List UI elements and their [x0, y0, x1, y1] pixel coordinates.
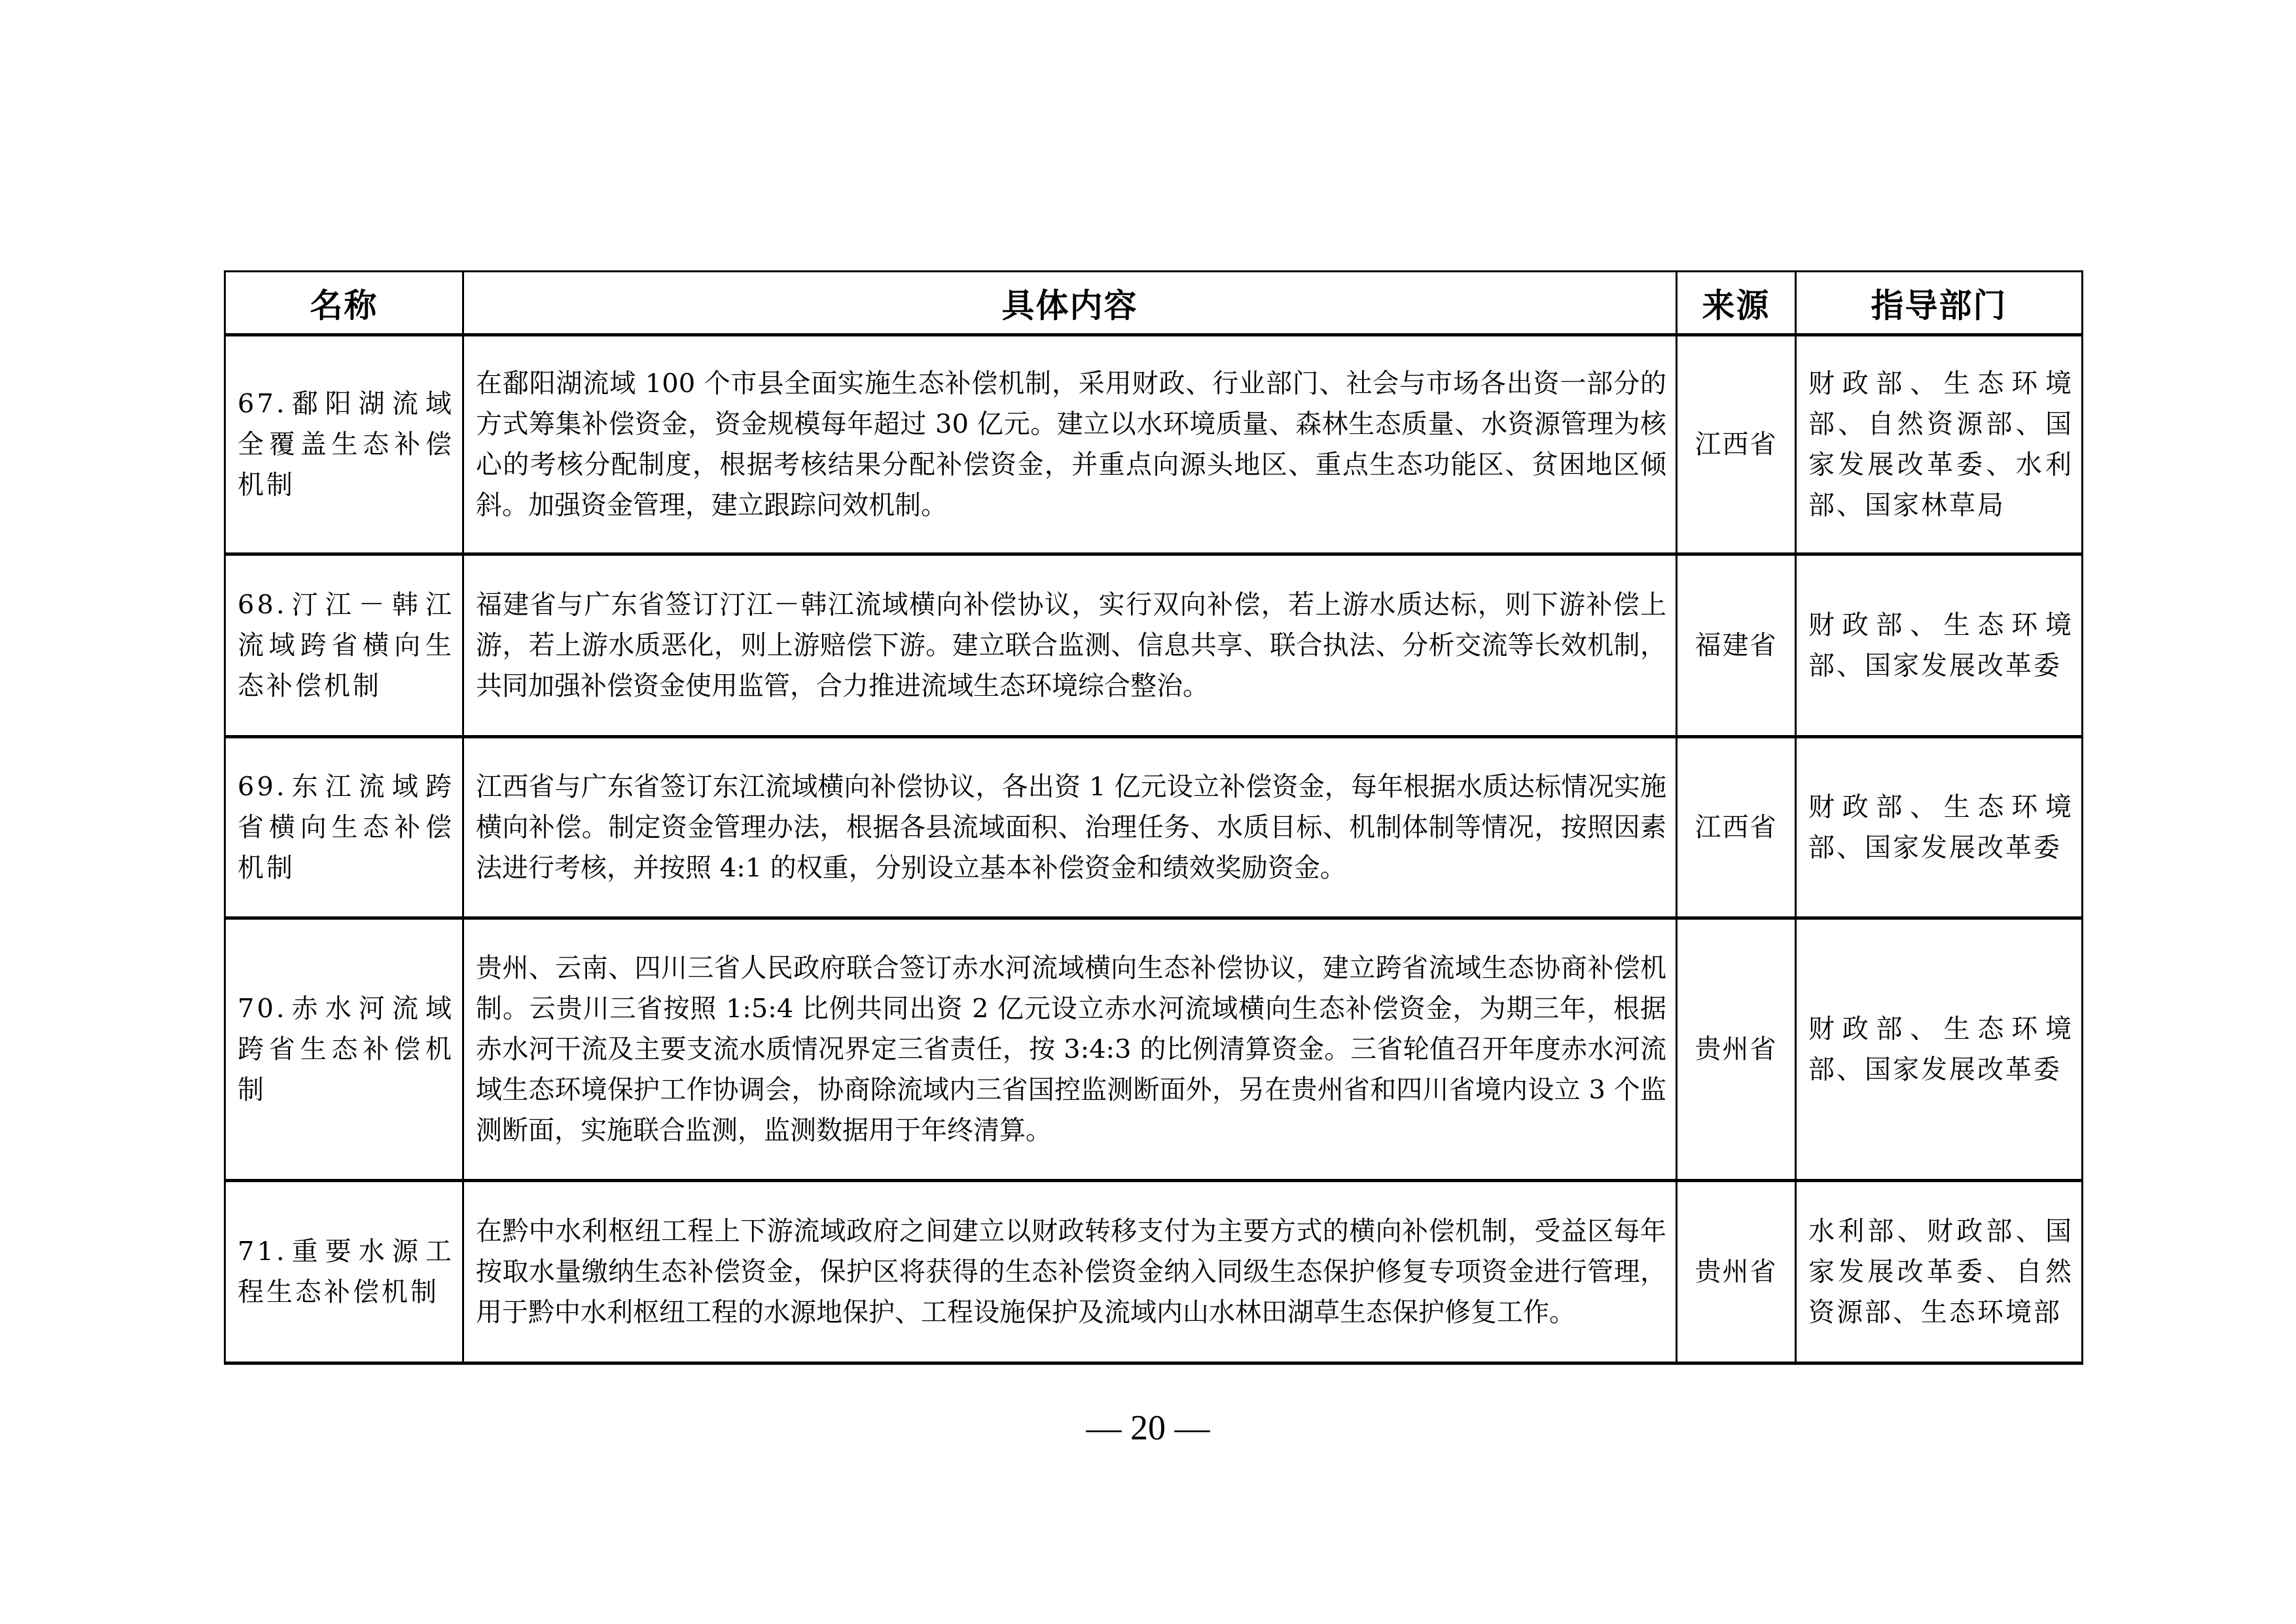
row-name: 69.东江流域跨省横向生态补偿机制	[225, 737, 463, 918]
row-department: 财政部、生态环境部、国家发展改革委	[1796, 737, 2083, 918]
policy-table-container: 名称 具体内容 来源 指导部门 67.鄱阳湖流域全覆盖生态补偿机制 在鄱阳湖流域…	[224, 270, 2081, 1365]
row-source: 江西省	[1677, 737, 1796, 918]
page-number: — 20 —	[0, 1407, 2296, 1448]
policy-table: 名称 具体内容 来源 指导部门 67.鄱阳湖流域全覆盖生态补偿机制 在鄱阳湖流域…	[224, 270, 2083, 1365]
row-content: 江西省与广东省签订东江流域横向补偿协议，各出资 1 亿元设立补偿资金，每年根据水…	[463, 737, 1677, 918]
table-row: 67.鄱阳湖流域全覆盖生态补偿机制 在鄱阳湖流域 100 个市县全面实施生态补偿…	[225, 335, 2083, 554]
row-content: 福建省与广东省签订汀江－韩江流域横向补偿协议，实行双向补偿，若上游水质达标，则下…	[463, 554, 1677, 737]
table-header-row: 名称 具体内容 来源 指导部门	[225, 272, 2083, 335]
row-content: 贵州、云南、四川三省人民政府联合签订赤水河流域横向生态补偿协议，建立跨省流域生态…	[463, 918, 1677, 1181]
table-row: 69.东江流域跨省横向生态补偿机制 江西省与广东省签订东江流域横向补偿协议，各出…	[225, 737, 2083, 918]
row-source: 江西省	[1677, 335, 1796, 554]
row-department: 财政部、生态环境部、国家发展改革委	[1796, 918, 2083, 1181]
row-source: 贵州省	[1677, 1181, 1796, 1363]
table-row: 70.赤水河流域跨省生态补偿机制 贵州、云南、四川三省人民政府联合签订赤水河流域…	[225, 918, 2083, 1181]
row-department: 财政部、生态环境部、国家发展改革委	[1796, 554, 2083, 737]
row-department: 水利部、财政部、国家发展改革委、自然资源部、生态环境部	[1796, 1181, 2083, 1363]
header-name: 名称	[225, 272, 463, 335]
row-name: 67.鄱阳湖流域全覆盖生态补偿机制	[225, 335, 463, 554]
row-content: 在黔中水利枢纽工程上下游流域政府之间建立以财政转移支付为主要方式的横向补偿机制，…	[463, 1181, 1677, 1363]
row-name: 68.汀江－韩江流域跨省横向生态补偿机制	[225, 554, 463, 737]
header-content: 具体内容	[463, 272, 1677, 335]
table-row: 68.汀江－韩江流域跨省横向生态补偿机制 福建省与广东省签订汀江－韩江流域横向补…	[225, 554, 2083, 737]
row-content: 在鄱阳湖流域 100 个市县全面实施生态补偿机制，采用财政、行业部门、社会与市场…	[463, 335, 1677, 554]
row-department: 财政部、生态环境部、自然资源部、国家发展改革委、水利部、国家林草局	[1796, 335, 2083, 554]
row-source: 贵州省	[1677, 918, 1796, 1181]
row-source: 福建省	[1677, 554, 1796, 737]
row-name: 70.赤水河流域跨省生态补偿机制	[225, 918, 463, 1181]
table-row: 71.重要水源工程生态补偿机制 在黔中水利枢纽工程上下游流域政府之间建立以财政转…	[225, 1181, 2083, 1363]
header-source: 来源	[1677, 272, 1796, 335]
header-department: 指导部门	[1796, 272, 2083, 335]
row-name: 71.重要水源工程生态补偿机制	[225, 1181, 463, 1363]
